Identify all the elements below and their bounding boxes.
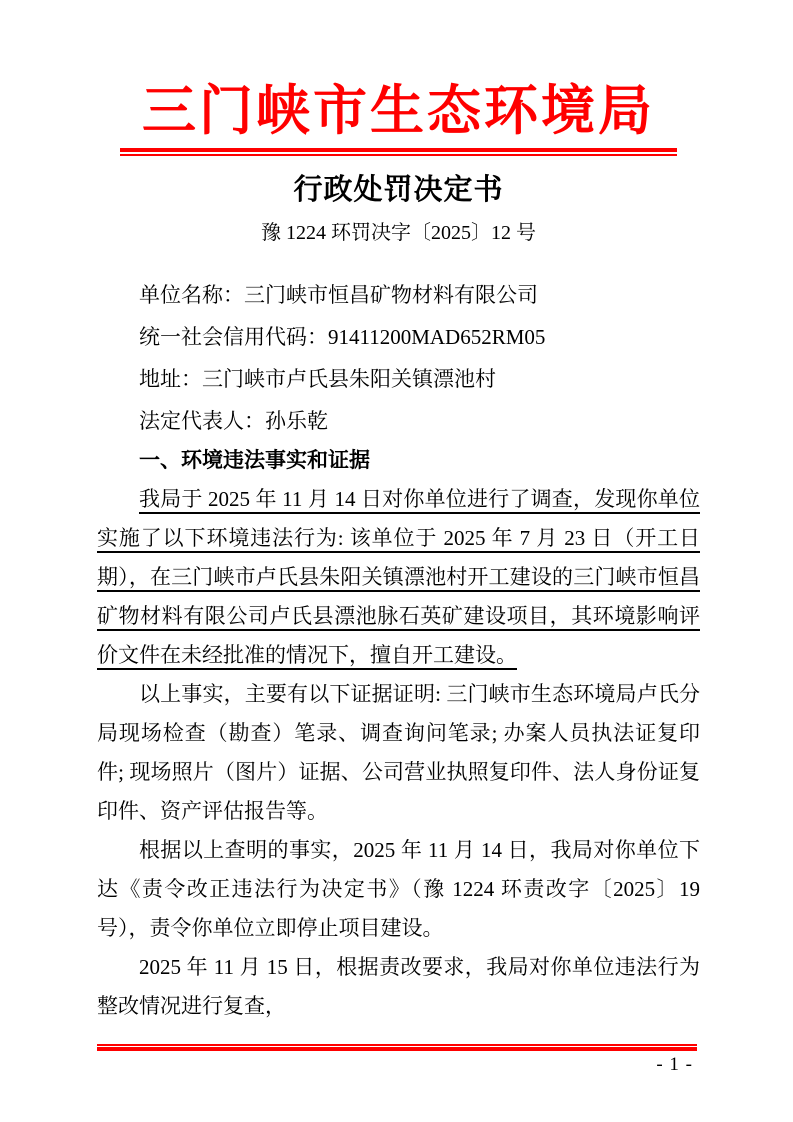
header-double-rule	[120, 148, 677, 156]
document-page: 三门峡市生态环境局 行政处罚决定书 豫 1224 环罚决字〔2025〕12 号 …	[0, 0, 793, 1122]
document-number: 豫 1224 环罚决字〔2025〕12 号	[97, 220, 700, 246]
paragraph-correction-order: 根据以上查明的事实，2025 年 11 月 14 日，我局对你单位下达《责令改正…	[97, 831, 700, 948]
document-title: 行政处罚决定书	[97, 173, 700, 207]
paragraph-violation-facts: 我局于 2025 年 11 月 14 日对你单位进行了调查，发现你单位实施了以下…	[97, 480, 700, 675]
agency-name: 三门峡市生态环境局	[97, 78, 700, 144]
party-info-line-address: 地址：三门峡市卢氏县朱阳关镇漂池村	[97, 358, 700, 400]
page-number: - 1 -	[97, 1053, 697, 1077]
paragraph-reinspection: 2025 年 11 月 15 日，根据责改要求，我局对你单位违法行为整改情况进行…	[97, 948, 700, 1026]
party-info-line-unit-name: 单位名称：三门峡市恒昌矿物材料有限公司	[97, 274, 700, 316]
page-footer: - 1 -	[97, 1044, 697, 1077]
paragraph-evidence-list: 以上事实，主要有以下证据证明: 三门峡市生态环境局卢氏分局现场检查（勘查）笔录、…	[97, 675, 700, 831]
party-info-line-credit-code: 统一社会信用代码：91411200MAD652RM05	[97, 316, 700, 358]
section-heading-facts-and-evidence: 一、环境违法事实和证据	[97, 442, 700, 480]
party-info-block: 单位名称：三门峡市恒昌矿物材料有限公司 统一社会信用代码：91411200MAD…	[97, 274, 700, 442]
party-info-line-legal-representative: 法定代表人：孙乐乾	[97, 400, 700, 442]
footer-double-rule	[97, 1044, 697, 1051]
letterhead: 三门峡市生态环境局	[97, 78, 700, 156]
